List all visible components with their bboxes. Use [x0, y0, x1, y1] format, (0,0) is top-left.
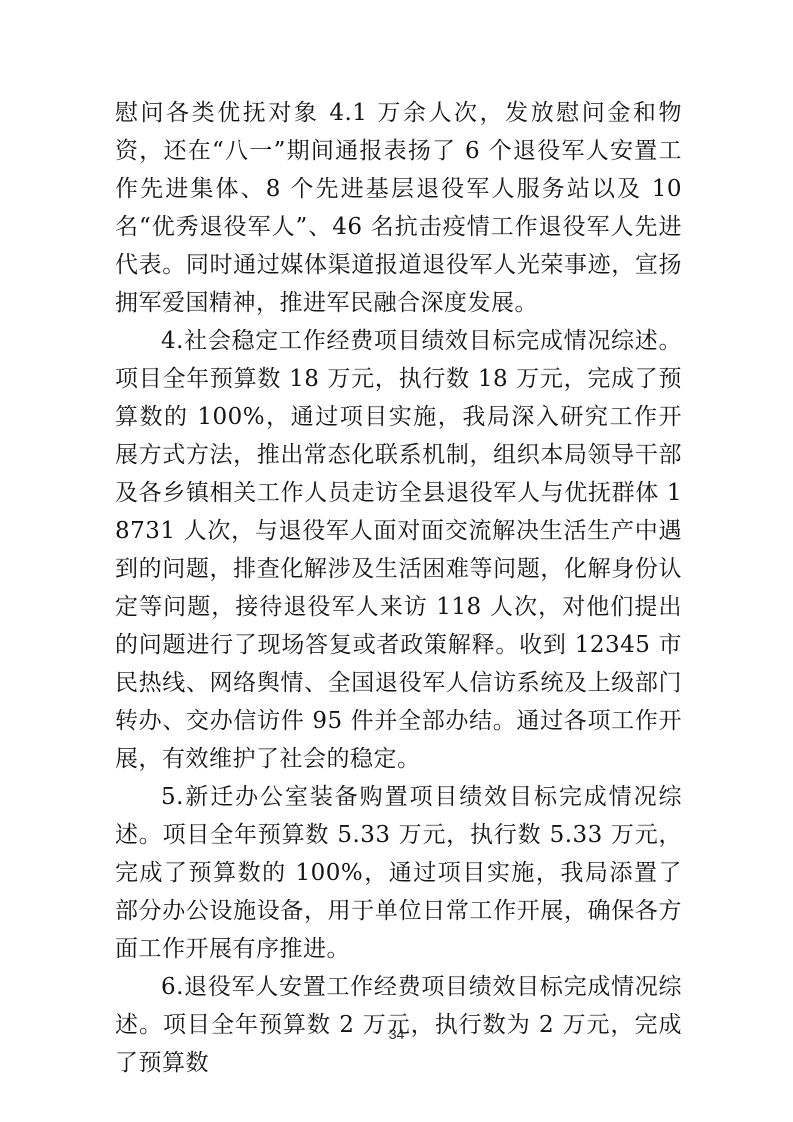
- paragraph-item-4-social-stability: 4.社会稳定工作经费项目绩效目标完成情况综述。项目全年预算数 18 万元，执行数…: [115, 322, 682, 778]
- page-number: 34: [389, 1026, 405, 1042]
- paragraph-item-5-office-equipment: 5.新迁办公室装备购置项目绩效目标完成情况综述。项目全年预算数 5.33 万元，…: [115, 778, 682, 968]
- page-footer: 34: [0, 1024, 793, 1043]
- document-page: 慰问各类优抚对象 4.1 万余人次，发放慰问金和物资，还在“八一”期间通报表扬了…: [0, 0, 793, 1122]
- paragraph-continuation: 慰问各类优抚对象 4.1 万余人次，发放慰问金和物资，还在“八一”期间通报表扬了…: [115, 94, 682, 322]
- document-body: 慰问各类优抚对象 4.1 万余人次，发放慰问金和物资，还在“八一”期间通报表扬了…: [115, 94, 682, 1082]
